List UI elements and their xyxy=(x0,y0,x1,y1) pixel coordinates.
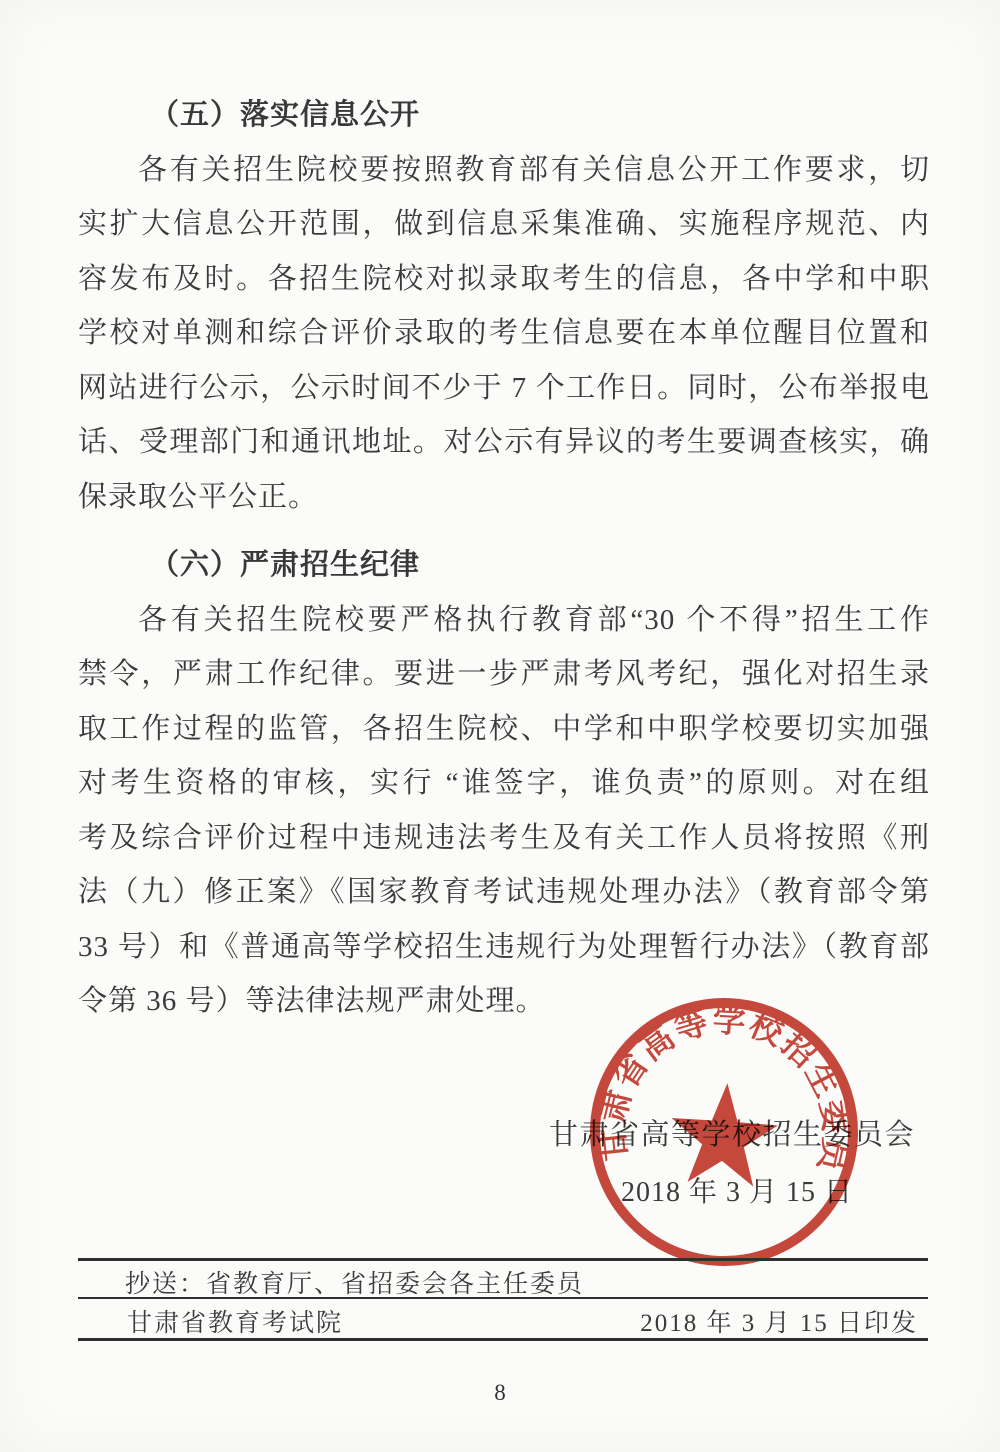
body-line: 学校对单测和综合评价录取的考生信息要在本单位醒目位置和 xyxy=(78,306,930,361)
body-line: 考及综合评价过程中违规违法考生及有关工作人员将按照《刑 xyxy=(78,811,930,866)
footer-rule-bottom xyxy=(78,1338,928,1341)
footer-print-date: 2018 年 3 月 15 日印发 xyxy=(640,1303,918,1339)
body-line: 禁令，严肃工作纪律。要进一步严肃考风考纪，强化对招生录 xyxy=(78,647,930,702)
body-line: 法（九）修正案》《国家教育考试违规处理办法》（教育部令第 xyxy=(78,865,930,920)
body-line: 各有关招生院校要按照教育部有关信息公开工作要求，切 xyxy=(78,143,930,198)
footer-rule-middle xyxy=(78,1297,928,1299)
document-page: （五）落实信息公开 各有关招生院校要按照教育部有关信息公开工作要求，切 实扩大信… xyxy=(0,0,1000,1452)
page-number: 8 xyxy=(0,1380,1000,1406)
footer-rule-top xyxy=(78,1258,928,1261)
footer-issue-row: 甘肃省教育考试院 2018 年 3 月 15 日印发 xyxy=(78,1303,928,1339)
section-6-heading: （六）严肃招生纪律 xyxy=(78,538,930,593)
document-body: （五）落实信息公开 各有关招生院校要按照教育部有关信息公开工作要求，切 实扩大信… xyxy=(78,88,930,1029)
signature-date: 2018 年 3 月 15 日 xyxy=(621,1170,853,1210)
body-line: 各有关招生院校要严格执行教育部“30 个不得”招生工作 xyxy=(78,593,930,648)
body-line: 取工作过程的监管，各招生院校、中学和中职学校要切实加强 xyxy=(78,702,930,757)
body-line: 话、受理部门和通讯地址。对公示有异议的考生要调查核实，确 xyxy=(78,415,930,470)
body-line: 保录取公平公正。 xyxy=(78,470,930,525)
signature-organization: 甘肃省高等学校招生委员会 xyxy=(549,1112,915,1153)
section-5-heading: （五）落实信息公开 xyxy=(78,88,930,143)
body-line: 网站进行公示，公示时间不少于 7 个工作日。同时，公布举报电 xyxy=(78,361,930,416)
body-line: 令第 36 号）等法律法规严肃处理。 xyxy=(78,974,930,1029)
footer-cc-line: 抄送：省教育厅、省招委会各主任委员 xyxy=(78,1264,928,1300)
body-line: 容发布及时。各招生院校对拟录取考生的信息，各中学和中职 xyxy=(78,252,930,307)
body-line: 对考生资格的审核，实行 “谁签字，谁负责”的原则。对在组 xyxy=(78,756,930,811)
body-line: 实扩大信息公开范围，做到信息采集准确、实施程序规范、内 xyxy=(78,197,930,252)
body-line: 33 号）和《普通高等学校招生违规行为处理暂行办法》（教育部 xyxy=(78,920,930,975)
footer-issuer: 甘肃省教育考试院 xyxy=(127,1303,343,1339)
